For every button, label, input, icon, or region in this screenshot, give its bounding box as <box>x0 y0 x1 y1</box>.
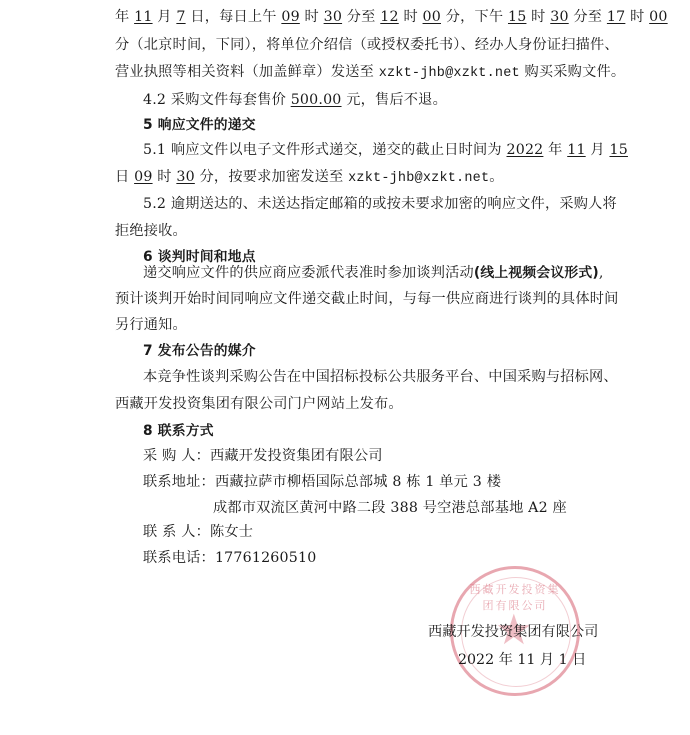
phone-value: 17761260510 <box>215 550 317 566</box>
deadline-minute: 30 <box>176 169 194 185</box>
signature-company: 西藏开发投资集团有限公司 <box>428 622 598 642</box>
am-start-minute: 30 <box>324 9 342 25</box>
para-6-line-2: 预计谈判开始时间同响应文件递交截止时间，与每一供应商进行谈判的具体时间 <box>115 289 619 309</box>
para-4-1-line-1: 年 11 月 7 日，每日上午 09 时 30 分至 12 时 00 分，下午 … <box>115 7 668 27</box>
section-5-heading: 5 响应文件的递交 <box>143 115 256 135</box>
para-5-1-line-1: 5.1 响应文件以电子文件形式递交，递交的截止日时间为 2022 年 11 月 … <box>143 140 628 160</box>
text: 时 <box>153 169 177 185</box>
contact-label: 联 系 人： <box>143 524 210 540</box>
text: 分，按要求加密发送至 <box>195 169 348 185</box>
section-8-heading: 8 联系方式 <box>143 421 214 441</box>
text: 营业执照等相关资料（加盖鲜章）发送至 <box>115 64 379 80</box>
phone-label: 联系电话： <box>143 550 215 566</box>
text: 元，售后不退。 <box>342 92 447 108</box>
para-7-line-1: 本竞争性谈判采购公告在中国招标投标公共服务平台、中国采购与招标网、 <box>143 367 618 387</box>
pm-start-hour: 15 <box>508 9 526 25</box>
text: 4.2 采购文件每套售价 <box>143 92 291 108</box>
address-row-2: 成都市双流区黄河中路二段 388 号空港总部基地 A2 座 <box>213 498 567 518</box>
para-6-line-3: 另行通知。 <box>115 315 187 335</box>
address-row: 联系地址：西藏拉萨市柳梧国际总部城 8 栋 1 单元 3 楼 <box>143 472 501 492</box>
text: 时 <box>399 9 423 25</box>
text: 时 <box>300 9 324 25</box>
start-day: 7 <box>176 9 185 25</box>
pm-end-hour: 17 <box>607 9 625 25</box>
para-5-2-line-1: 5.2 逾期送达的、未送达指定邮箱的或按未要求加密的响应文件，采购人将 <box>143 194 617 214</box>
phone-row: 联系电话：17761260510 <box>143 548 316 568</box>
text: 。 <box>489 169 503 185</box>
purchaser-label: 采 购 人： <box>143 448 210 464</box>
para-5-1-line-2: 日 09 时 30 分，按要求加密发送至 xzkt-jhb@xzkt.net。 <box>115 167 504 189</box>
deadline-day: 15 <box>609 142 627 158</box>
text: 月 <box>586 142 610 158</box>
am-end-hour: 12 <box>380 9 398 25</box>
text: 时 <box>625 9 649 25</box>
text: 月 <box>153 9 177 25</box>
text: 递交响应文件的供应商应委派代表准时参加谈判活动 <box>143 265 474 281</box>
signature-date: 2022 年 11 月 1 日 <box>458 650 586 670</box>
text: 分，下午 <box>441 9 508 25</box>
meeting-format: (线上视频会议形式) <box>474 265 599 281</box>
para-4-1-line-2: 分（北京时间，下同），将单位介绍信（或授权委托书）、经办人身份证扫描件、 <box>115 35 619 55</box>
pm-end-minute: 00 <box>649 9 667 25</box>
pm-start-minute: 30 <box>550 9 568 25</box>
address-value-1: 西藏拉萨市柳梧国际总部城 8 栋 1 单元 3 楼 <box>215 474 501 490</box>
para-4-2: 4.2 采购文件每套售价 500.00 元，售后不退。 <box>143 90 447 110</box>
deadline-hour: 09 <box>134 169 152 185</box>
purchaser-row: 采 购 人：西藏开发投资集团有限公司 <box>143 446 383 466</box>
start-month: 11 <box>134 9 152 25</box>
purchase-email[interactable]: xzkt-jhb@xzkt.net <box>379 66 520 81</box>
document-page: 西藏开发投资集团有限公司 ★ 年 11 月 7 日，每日上午 09 时 30 分… <box>0 0 690 735</box>
contact-row: 联 系 人：陈女士 <box>143 522 253 542</box>
address-label: 联系地址： <box>143 474 215 490</box>
deadline-year: 2022 <box>507 142 544 158</box>
deadline-month: 11 <box>567 142 585 158</box>
text: 日 <box>115 169 134 185</box>
text: 5.1 响应文件以电子文件形式递交，递交的截止日时间为 <box>143 142 507 158</box>
purchaser-value: 西藏开发投资集团有限公司 <box>210 448 383 464</box>
para-6-line-1: 递交响应文件的供应商应委派代表准时参加谈判活动(线上视频会议形式), <box>143 263 604 283</box>
text: 购买采购文件。 <box>520 64 625 80</box>
para-4-1-line-3: 营业执照等相关资料（加盖鲜章）发送至 xzkt-jhb@xzkt.net 购买采… <box>115 62 625 84</box>
text: 分至 <box>342 9 380 25</box>
submission-email[interactable]: xzkt-jhb@xzkt.net <box>348 171 489 186</box>
para-7-line-2: 西藏开发投资集团有限公司门户网站上发布。 <box>115 394 403 414</box>
text: 时 <box>526 9 550 25</box>
text: 年 <box>115 9 134 25</box>
am-start-hour: 09 <box>281 9 299 25</box>
text: 分至 <box>569 9 607 25</box>
contact-value: 陈女士 <box>210 524 253 540</box>
text: 年 <box>543 142 567 158</box>
text: 日，每日上午 <box>186 9 282 25</box>
section-7-heading: 7 发布公告的媒介 <box>143 341 256 361</box>
document-price: 500.00 <box>291 92 342 108</box>
text: , <box>599 265 604 281</box>
am-end-minute: 00 <box>423 9 441 25</box>
para-5-2-line-2: 拒绝接收。 <box>115 221 187 241</box>
